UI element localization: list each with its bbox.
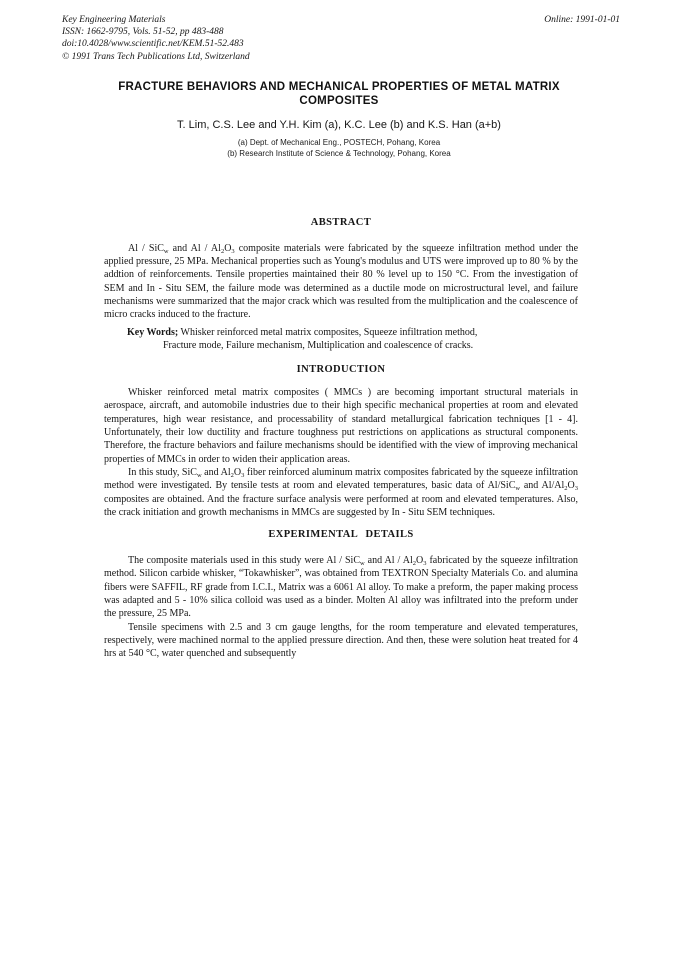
journal-info-block: Key Engineering Materials ISSN: 1662-979… [62,14,250,63]
doi-line: doi:10.4028/www.scientific.net/KEM.51-52… [62,38,250,50]
experimental-paragraph-2: Tensile specimens with 2.5 and 3 cm gaug… [104,621,578,661]
affiliation-b: (b) Research Institute of Science & Tech… [0,148,678,159]
paper-title: FRACTURE BEHAVIORS AND MECHANICAL PROPER… [104,80,574,109]
journal-header: Key Engineering Materials ISSN: 1662-979… [62,0,620,63]
keywords-text-1: Whisker reinforced metal matrix composit… [178,327,477,338]
affiliation-a: (a) Dept. of Mechanical Eng., POSTECH, P… [0,137,678,148]
online-date: Online: 1991-01-01 [544,14,620,26]
keywords-line-1: Key Words; Whisker reinforced metal matr… [104,326,578,339]
keywords-label: Key Words; [127,327,178,338]
introduction-heading: INTRODUCTION [104,363,578,376]
abstract-heading: ABSTRACT [104,216,578,229]
issn-line: ISSN: 1662-9795, Vols. 51-52, pp 483-488 [62,26,250,38]
experimental-heading: EXPERIMENTAL DETAILS [104,528,578,541]
abstract-paragraph: Al / SiCw and Al / Al2O3 composite mater… [104,242,578,322]
paper-body: ABSTRACT Al / SiCw and Al / Al2O3 compos… [104,216,578,661]
authors-line: T. Lim, C.S. Lee and Y.H. Kim (a), K.C. … [0,119,678,132]
experimental-paragraph-1: The composite materials used in this stu… [104,554,578,620]
journal-name: Key Engineering Materials [62,14,250,26]
copyright-line: © 1991 Trans Tech Publications Ltd, Swit… [62,51,250,63]
keywords-line-2: Fracture mode, Failure mechanism, Multip… [104,339,578,352]
introduction-paragraph-1: Whisker reinforced metal matrix composit… [104,386,578,466]
keywords-block: Key Words; Whisker reinforced metal matr… [104,326,578,353]
affiliations-block: (a) Dept. of Mechanical Eng., POSTECH, P… [0,137,678,159]
introduction-paragraph-2: In this study, SiCw and Al2O3 fiber rein… [104,466,578,519]
paper-page: Key Engineering Materials ISSN: 1662-979… [0,0,678,959]
